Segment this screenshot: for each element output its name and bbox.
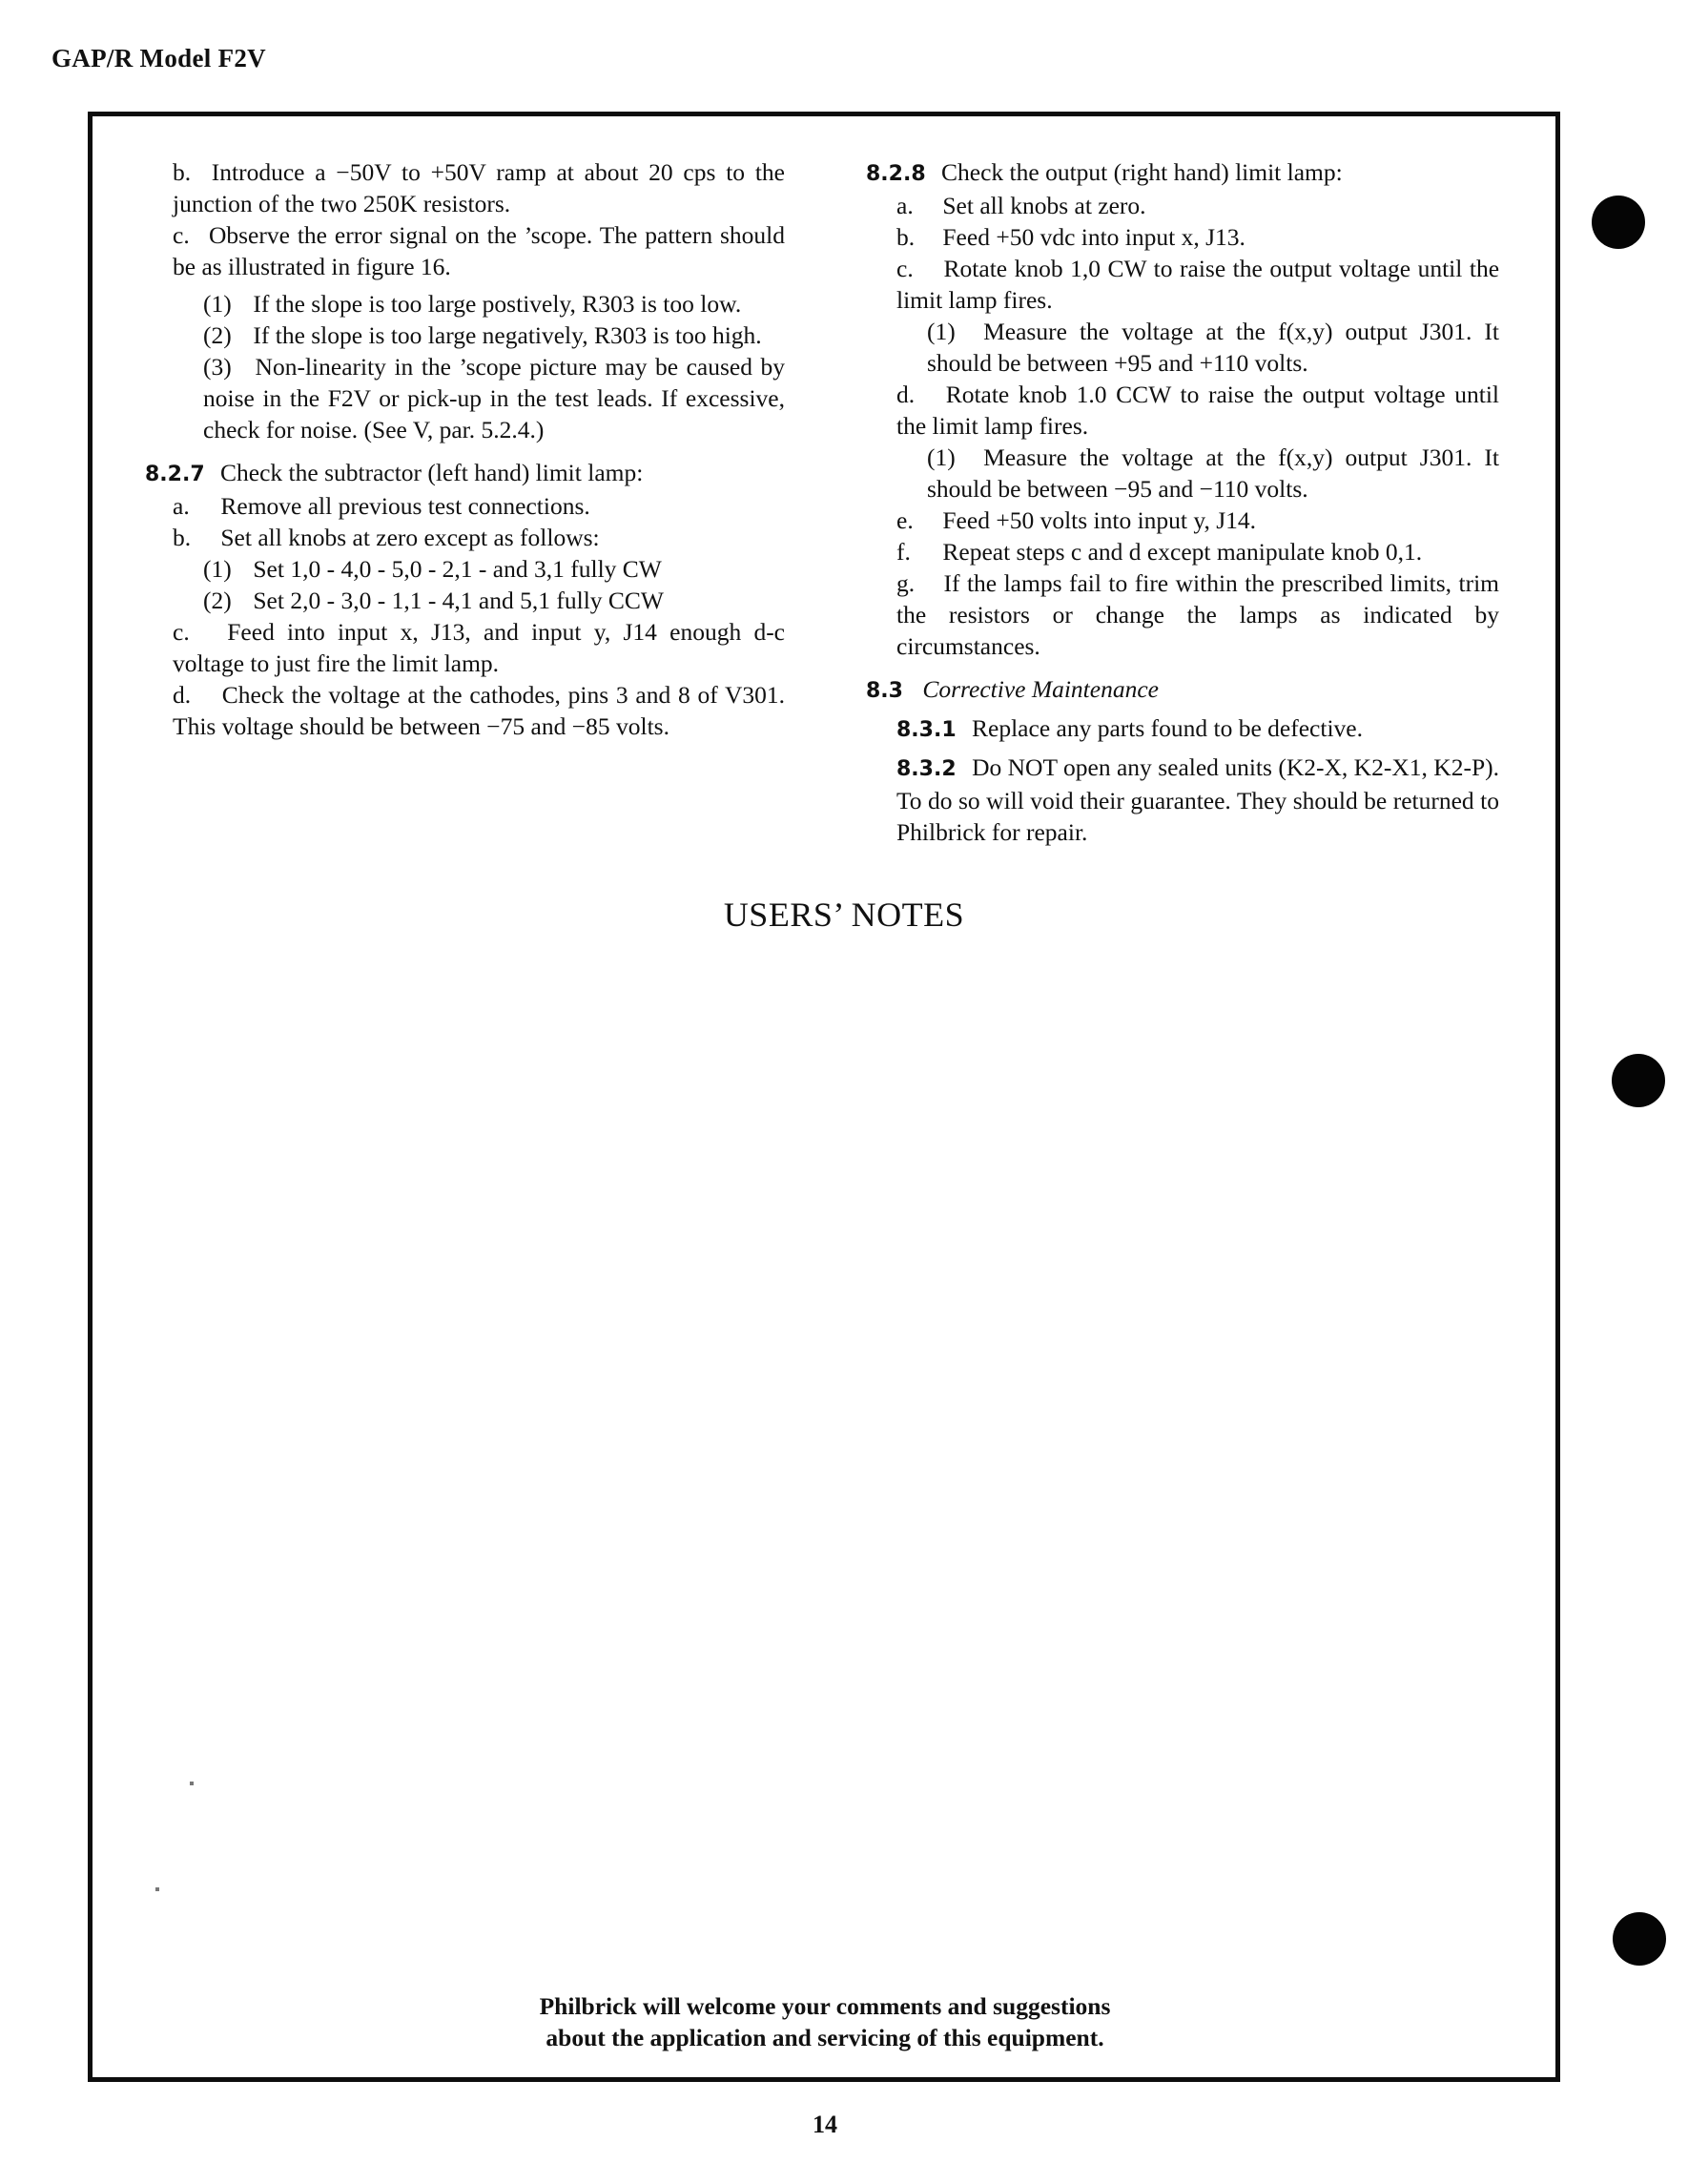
section-8-2-7-substep-2: (2) Set 2,0 - 3,0 - 1,1 - 4,1 and 5,1 fu… <box>173 585 785 616</box>
substep-1: (1) If the slope is too large postively,… <box>173 288 785 319</box>
section-8-2-8-step-f: f. Repeat steps c and d except manipulat… <box>866 536 1499 567</box>
binder-hole-icon <box>1592 196 1645 249</box>
users-notes-heading: USERS’ NOTES <box>0 895 1688 935</box>
section-8-2-8-heading: 8.2.8 Check the output (right hand) limi… <box>866 156 1499 190</box>
running-title: GAP/R Model F2V <box>51 44 266 73</box>
section-8-2-7-heading: 8.2.7 Check the subtractor (left hand) l… <box>145 457 785 490</box>
section-8-2-7-step-c: c. Feed into input x, J13, and input y, … <box>173 616 785 679</box>
section-8-3-2: 8.3.2 Do NOT open any sealed units (K2-X… <box>866 752 1499 848</box>
section-8-2-7-step-b: b. Set all knobs at zero except as follo… <box>173 522 785 553</box>
page-number: 14 <box>0 2111 1650 2139</box>
left-column: b. Introduce a −50V to +50V ramp at abou… <box>173 156 785 742</box>
section-8-2-8-step-e: e. Feed +50 volts into input y, J14. <box>866 505 1499 536</box>
feedback-note: Philbrick will welcome your comments and… <box>0 1990 1650 2053</box>
substep-2: (2) If the slope is too large negatively… <box>173 319 785 351</box>
section-8-2-8-step-d-substep-1: (1) Measure the voltage at the f(x,y) ou… <box>866 442 1499 505</box>
section-8-2-8-step-d: d. Rotate knob 1.0 CCW to raise the outp… <box>866 379 1499 442</box>
binder-hole-icon <box>1613 1912 1666 1966</box>
step-b: b. Introduce a −50V to +50V ramp at abou… <box>173 156 785 219</box>
section-8-2-8-step-a: a. Set all knobs at zero. <box>866 190 1499 221</box>
section-8-3-heading: 8.3 Corrective Maintenance <box>866 673 1499 707</box>
binder-hole-icon <box>1612 1054 1665 1107</box>
section-8-2-7-substep-1: (1) Set 1,0 - 4,0 - 5,0 - 2,1 - and 3,1 … <box>173 553 785 585</box>
section-8-2-8-step-c: c. Rotate knob 1,0 CW to raise the outpu… <box>866 253 1499 316</box>
step-c: c. Observe the error signal on the ’scop… <box>173 219 785 282</box>
section-8-3-1: 8.3.1 Replace any parts found to be defe… <box>866 712 1499 746</box>
section-8-2-8-step-c-substep-1: (1) Measure the voltage at the f(x,y) ou… <box>866 316 1499 379</box>
section-8-2-7-step-a: a. Remove all previous test connections. <box>173 490 785 522</box>
scan-speck <box>190 1782 194 1785</box>
right-column: 8.2.8 Check the output (right hand) limi… <box>866 156 1499 848</box>
section-8-2-8-step-b: b. Feed +50 vdc into input x, J13. <box>866 221 1499 253</box>
section-8-2-8-step-g: g. If the lamps fail to fire within the … <box>866 567 1499 662</box>
scan-speck <box>155 1887 159 1891</box>
section-8-2-7-step-d: d. Check the voltage at the cathodes, pi… <box>173 679 785 742</box>
substep-3: (3) Non-linearity in the ’scope picture … <box>173 351 785 445</box>
